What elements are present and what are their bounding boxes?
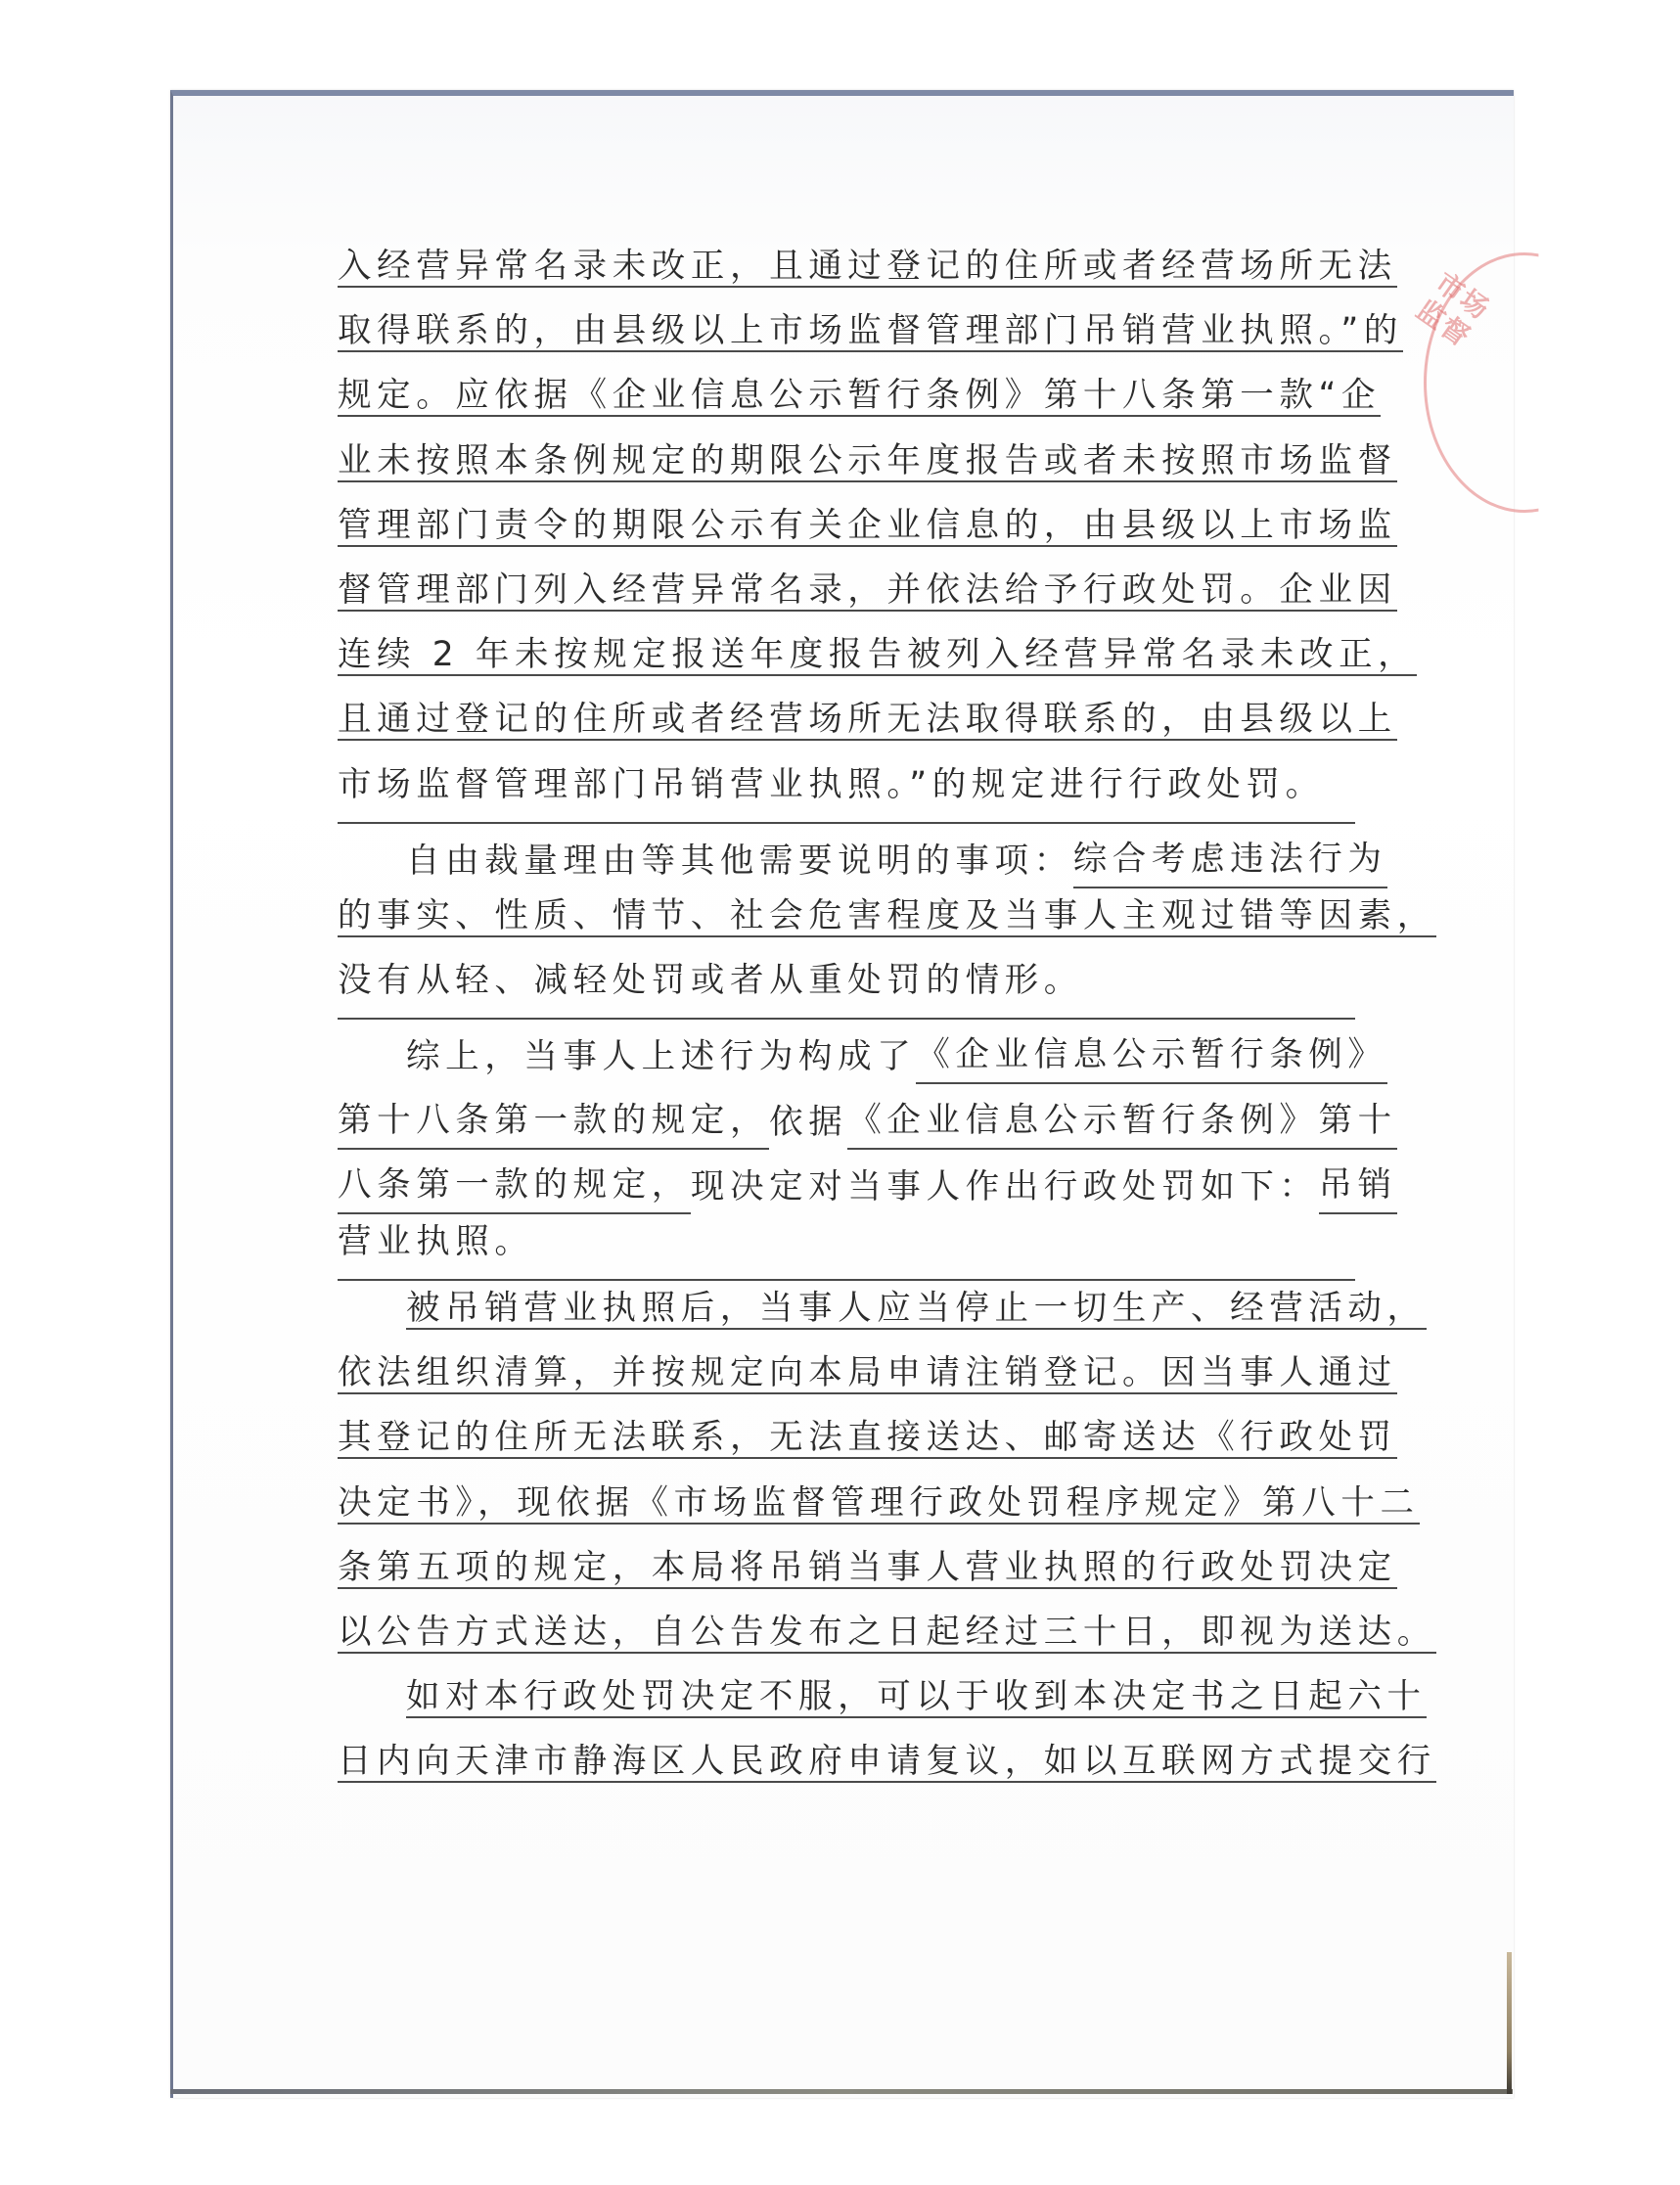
text-line: 业未按照本条例规定的期限公示年度报告或者未按照市场监督 <box>338 441 1397 482</box>
paragraph-appeal: 如对本行政处罚决定不服，可以于收到本决定书之日起六十 日内向天津市静海区人民政府… <box>338 1669 1355 1798</box>
document-body: 入经营异常名录未改正，且通过登记的住所或者经营场所无法 取得联系的，由县级以上市… <box>338 239 1355 1799</box>
text-line: 入经营异常名录未改正，且通过登记的住所或者经营场所无法 <box>338 247 1397 288</box>
text-line: 决定书》，现依据《市场监督管理行政处罚程序规定》第八十二 <box>338 1483 1420 1525</box>
text-line: 条第五项的规定，本局将吊销当事人营业执照的行政处罚决定 <box>338 1548 1397 1589</box>
text-line: 市场监督管理部门吊销营业执照。”的规定进行行政处罚。 <box>338 765 1325 804</box>
paragraph-decision: 综上，当事人上述行为构成了 《企业信息公示暂行条例》 第十八条第一款的规定， 依… <box>338 1020 1355 1281</box>
text-line: 取得联系的，由县级以上市场监督管理部门吊销营业执照。”的 <box>338 311 1403 352</box>
text-line: 日内向天津市静海区人民政府申请复议，如以互联网方式提交行 <box>338 1742 1436 1783</box>
decision-text: 依据 <box>769 1095 847 1150</box>
text-line: 以公告方式送达，自公告发布之日起经过三十日，即视为送达。 <box>338 1613 1436 1654</box>
text-line: 且通过登记的住所或者经营场所无法取得联系的，由县级以上 <box>338 700 1397 741</box>
text-line: 连续 2 年未按规定报送年度报告被列入经营异常名录未改正， <box>338 635 1417 676</box>
decision-text: 综上，当事人上述行为构成了 <box>406 1029 916 1084</box>
paragraph-legal-basis: 入经营异常名录未改正，且通过登记的住所或者经营场所无法 取得联系的，由县级以上市… <box>338 239 1355 824</box>
penalty-text: 营业执照。 <box>338 1222 534 1261</box>
paragraph-discretion: 自由裁量理由等其他需要说明的事项： 综合考虑违法行为 的事实、性质、情节、社会危… <box>338 824 1355 1021</box>
regulation-reference: 《企业信息公示暂行条例》第十 <box>847 1093 1396 1150</box>
text-line: 其登记的住所无法联系，无法直接送达、邮寄送达《行政处罚 <box>338 1418 1397 1459</box>
text-line: 依法组织清算，并按规定向本局申请注销登记。因当事人通过 <box>338 1353 1397 1394</box>
discretion-label: 自由裁量理由等其他需要说明的事项： <box>406 834 1073 888</box>
regulation-reference: 《企业信息公示暂行条例》 <box>916 1027 1386 1084</box>
regulation-article: 第十八条第一款的规定， <box>338 1093 769 1150</box>
paragraph-after-revocation: 被吊销营业执照后，当事人应当停止一切生产、经营活动， 依法组织清算，并按规定向本… <box>338 1281 1355 1669</box>
text-line: 如对本行政处罚决定不服，可以于收到本决定书之日起六十 <box>406 1677 1427 1718</box>
text-line: 被吊销营业执照后，当事人应当停止一切生产、经营活动， <box>406 1289 1427 1330</box>
decision-text: 现决定对当事人作出行政处罚如下： <box>691 1160 1319 1214</box>
regulation-article: 八条第一款的规定， <box>338 1158 691 1214</box>
page-bottom-edge <box>170 2089 1513 2094</box>
text-line: 没有从轻、减轻处罚或者从重处罚的情形。 <box>338 961 1083 1000</box>
text-line: 督管理部门列入经营异常名录，并依法给予行政处罚。企业因 <box>338 570 1397 612</box>
text-line: 的事实、性质、情节、社会危害程度及当事人主观过错等因素， <box>338 896 1436 937</box>
text-line: 管理部门责令的期限公示有关企业信息的，由县级以上市场监 <box>338 506 1397 547</box>
page-right-edge <box>1507 1952 1512 2094</box>
text-line: 综合考虑违法行为 <box>1073 832 1387 888</box>
penalty-text: 吊销 <box>1319 1158 1397 1214</box>
text-line: 规定。应依据《企业信息公示暂行条例》第十八条第一款“企 <box>338 376 1381 417</box>
